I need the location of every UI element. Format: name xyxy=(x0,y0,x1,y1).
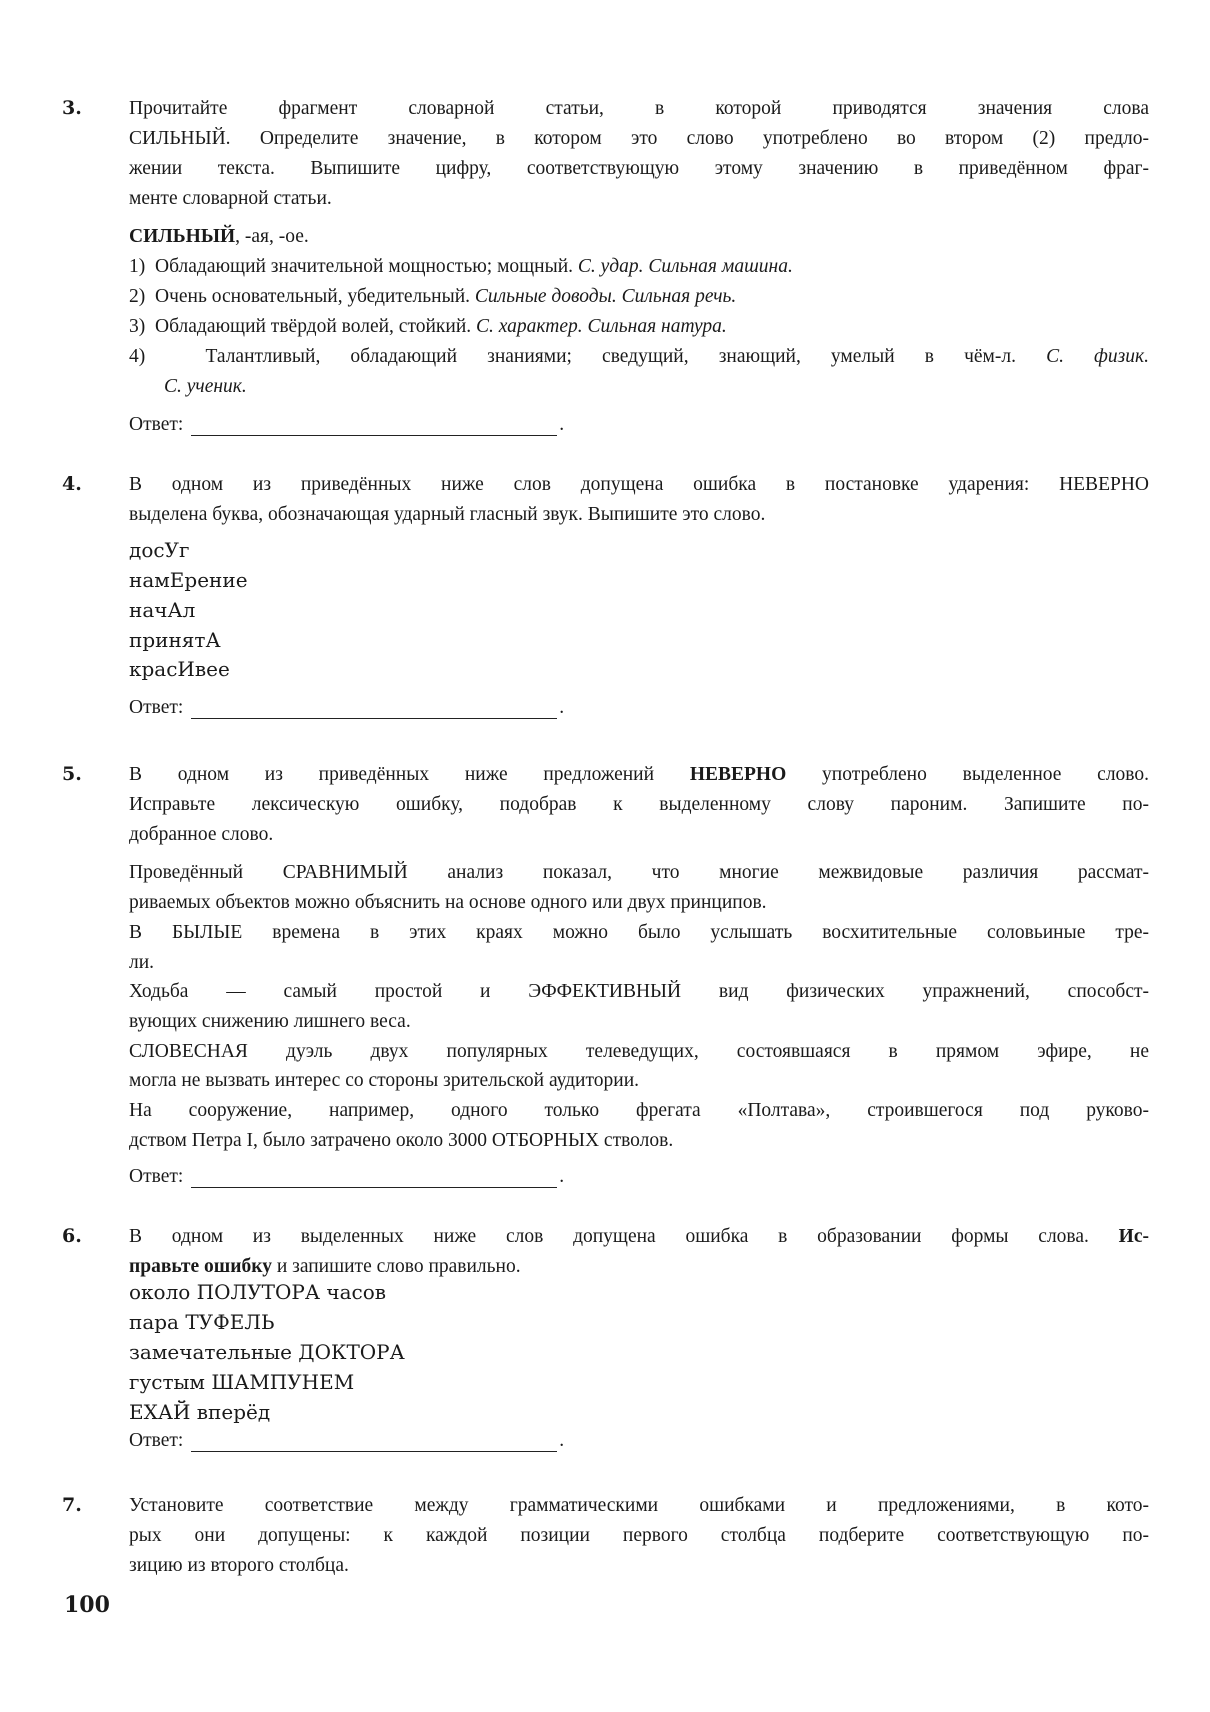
sentence-text: могла не вызвать интерес со стороны зрит… xyxy=(129,1066,1149,1096)
answer-input[interactable] xyxy=(191,415,557,436)
task-text: зицию из второго столбца. xyxy=(129,1551,1149,1581)
task-number: 5. xyxy=(62,763,82,785)
sentence-text: На сооружение, например, одного только ф… xyxy=(129,1096,1149,1126)
sentence-text: Ходьба — самый простой и ЭФФЕКТИВНЫЙ вид… xyxy=(129,977,1149,1007)
task-text: В одном из выделенных ниже слов допущена… xyxy=(129,1222,1149,1252)
phrase-option: замечательные ДОКТОРА xyxy=(129,1340,405,1364)
task-number: 6. xyxy=(62,1225,82,1247)
phrase-option: около ПОЛУТОРА часов xyxy=(129,1280,386,1304)
answer-field-5[interactable]: Ответ:. xyxy=(129,1166,564,1188)
task-text: Прочитайте фрагмент словарной статьи, в … xyxy=(129,94,1149,124)
task-text: В одном из приведённых ниже предложений … xyxy=(129,760,1149,790)
word-option: принятА xyxy=(129,628,221,652)
sentence-text: В БЫЛЫЕ времена в этих краях можно было … xyxy=(129,918,1149,948)
sentence-text: ли. xyxy=(129,948,1149,978)
task-number: 4. xyxy=(62,473,82,495)
task-text: жении текста. Выпишите цифру, соответств… xyxy=(129,154,1149,184)
page-number: 100 xyxy=(64,1592,110,1618)
headword-suffix: , -ая, -ое. xyxy=(235,226,309,247)
sentence-text: Проведённый СРАВНИМЫЙ анализ показал, чт… xyxy=(129,858,1149,888)
task-number: 7. xyxy=(62,1494,82,1516)
phrase-option: густым ШАМПУНЕМ xyxy=(129,1370,354,1394)
answer-field-4[interactable]: Ответ:. xyxy=(129,697,564,719)
meaning-3: 3) Обладающий твёрдой волей, стойкий. С.… xyxy=(129,312,1149,342)
sentence-text: СЛОВЕСНАЯ дуэль двух популярных телеведу… xyxy=(129,1037,1149,1067)
task-text: менте словарной статьи. xyxy=(129,184,1149,214)
meaning-2: 2) Очень основательный, убедительный. Си… xyxy=(129,282,1149,312)
task-text: выделена буква, обозначающая ударный гла… xyxy=(129,500,1149,530)
task-text: правьте ошибку и запишите слово правильн… xyxy=(129,1252,1149,1282)
answer-input[interactable] xyxy=(191,1431,557,1452)
task-text: добранное слово. xyxy=(129,820,1149,850)
answer-field-6[interactable]: Ответ:. xyxy=(129,1430,564,1452)
phrase-option: пара ТУФЕЛЬ xyxy=(129,1310,275,1334)
task-text: СИЛЬНЫЙ. Определите значение, в котором … xyxy=(129,124,1149,154)
word-option: намЕрение xyxy=(129,568,248,592)
word-option: начАл xyxy=(129,598,195,622)
meaning-1: 1) Обладающий значительной мощностью; мо… xyxy=(129,252,1149,282)
textbook-page: 3. Прочитайте фрагмент словарной статьи,… xyxy=(0,0,1210,1712)
sentence-text: вующих снижению лишнего веса. xyxy=(129,1007,1149,1037)
sentence-text: риваемых объектов можно объяснить на осн… xyxy=(129,888,1149,918)
headword: СИЛЬНЫЙ xyxy=(129,226,235,247)
answer-field-3[interactable]: Ответ:. xyxy=(129,414,564,436)
meaning-4: 4) Талантливый, обладающий знаниями; све… xyxy=(129,342,1149,372)
task-text: рых они допущены: к каждой позиции перво… xyxy=(129,1521,1149,1551)
task-text: Исправьте лексическую ошибку, подобрав к… xyxy=(129,790,1149,820)
task-text: В одном из приведённых ниже слов допущен… xyxy=(129,470,1149,500)
task-number: 3. xyxy=(62,97,82,119)
meaning-4-example: С. ученик. xyxy=(164,372,1184,402)
answer-input[interactable] xyxy=(191,698,557,719)
answer-input[interactable] xyxy=(191,1167,557,1188)
word-option: красИвее xyxy=(129,657,230,681)
task-text: Установите соответствие между грамматиче… xyxy=(129,1491,1149,1521)
word-option: досУг xyxy=(129,538,190,562)
sentence-text: дством Петра I, было затрачено около 300… xyxy=(129,1126,1149,1156)
phrase-option: ЕХАЙ вперёд xyxy=(129,1400,270,1424)
dictionary-entry-head: СИЛЬНЫЙ, -ая, -ое. xyxy=(129,222,1149,252)
